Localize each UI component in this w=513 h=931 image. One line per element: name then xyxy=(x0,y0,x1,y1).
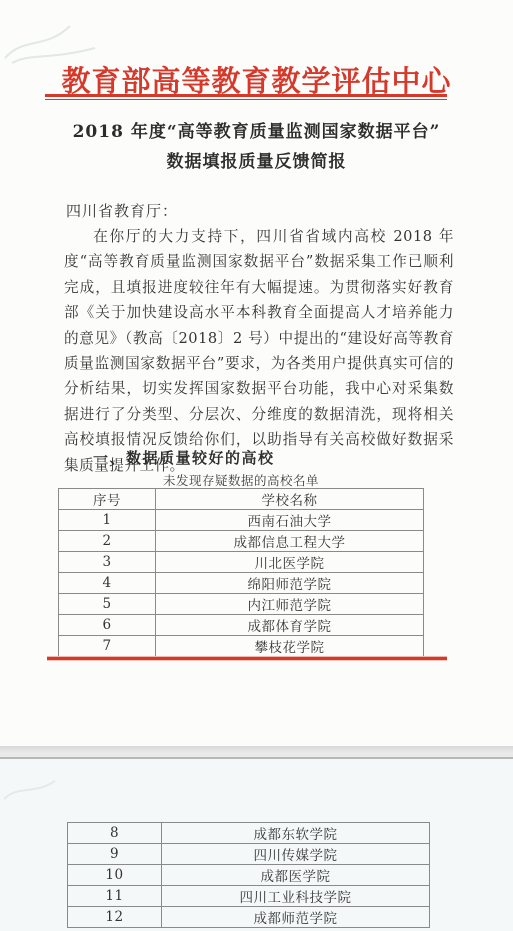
row-number-cell: 4 xyxy=(59,573,156,594)
row-number-cell: 12 xyxy=(68,907,162,928)
scanned-document: 教育部高等教育教学评估中心 2018 年度“高等教育质量监测国家数据平台” 数据… xyxy=(0,0,513,931)
row-number-cell: 6 xyxy=(59,615,156,636)
header-serial-number: 序号 xyxy=(59,489,156,510)
table-row: 1西南石油大学 xyxy=(59,510,424,531)
row-number-cell: 7 xyxy=(59,636,156,657)
school-name-cell: 成都体育学院 xyxy=(156,615,424,636)
table-row: 12成都师范学院 xyxy=(68,907,430,928)
row-number-cell: 11 xyxy=(68,886,162,907)
table-row: 6成都体育学院 xyxy=(59,615,424,636)
school-table-page1: 序号 学校名称 1西南石油大学2成都信息工程大学3川北医学院4绵阳师范学院5内江… xyxy=(58,488,424,657)
school-name-cell: 绵阳师范学院 xyxy=(156,573,424,594)
header-school-name: 学校名称 xyxy=(156,489,424,510)
row-number-cell: 10 xyxy=(68,865,162,886)
table-row: 7攀枝花学院 xyxy=(59,636,424,657)
row-number-cell: 9 xyxy=(68,844,162,865)
rule-thin xyxy=(45,99,447,100)
salutation: 四川省教育厅： xyxy=(66,200,178,221)
school-name-cell: 成都师范学院 xyxy=(162,907,430,928)
table-row: 8成都东软学院 xyxy=(68,823,430,844)
row-number-cell: 3 xyxy=(59,552,156,573)
table-header-row: 序号 学校名称 xyxy=(59,489,424,510)
footer-red-rule xyxy=(47,656,447,661)
school-name-cell: 成都信息工程大学 xyxy=(156,531,424,552)
school-table-page2: 8成都东软学院9四川传媒学院10成都医学院11四川工业科技学院12成都师范学院 xyxy=(67,822,430,928)
document-title-line2: 数据填报质量反馈简报 xyxy=(0,147,513,172)
page-1: 教育部高等教育教学评估中心 2018 年度“高等教育质量监测国家数据平台” 数据… xyxy=(0,0,513,746)
school-name-cell: 成都东软学院 xyxy=(162,823,430,844)
row-number-cell: 1 xyxy=(59,510,156,531)
row-number-cell: 8 xyxy=(68,823,162,844)
table-row: 2成都信息工程大学 xyxy=(59,531,424,552)
school-name-cell: 内江师范学院 xyxy=(156,594,424,615)
row-number-cell: 2 xyxy=(59,531,156,552)
table-row: 11四川工业科技学院 xyxy=(68,886,430,907)
school-name-cell: 攀枝花学院 xyxy=(156,636,424,657)
row-number-cell: 5 xyxy=(59,594,156,615)
table-row: 9四川传媒学院 xyxy=(68,844,430,865)
school-name-cell: 成都医学院 xyxy=(162,865,430,886)
school-name-cell: 四川传媒学院 xyxy=(162,844,430,865)
section-heading: 一、数据质量较好的高校 xyxy=(93,447,275,468)
body-paragraph: 在你厅的大力支持下，四川省省域内高校 2018 年度“高等教育质量监测国家数据平… xyxy=(64,224,454,478)
school-name-cell: 西南石油大学 xyxy=(156,510,424,531)
school-name-cell: 四川工业科技学院 xyxy=(162,886,430,907)
table-row: 5内江师范学院 xyxy=(59,594,424,615)
table-caption: 未发现存疑数据的高校名单 xyxy=(58,471,424,489)
table-row: 3川北医学院 xyxy=(59,552,424,573)
school-name-cell: 川北医学院 xyxy=(156,552,424,573)
page-separator-band xyxy=(0,746,513,754)
document-title-line1: 2018 年度“高等教育质量监测国家数据平台” xyxy=(0,117,513,142)
pencil-mark xyxy=(0,769,90,809)
letterhead-double-rule xyxy=(45,94,447,100)
table-row: 4绵阳师范学院 xyxy=(59,573,424,594)
table-row: 10成都医学院 xyxy=(68,865,430,886)
